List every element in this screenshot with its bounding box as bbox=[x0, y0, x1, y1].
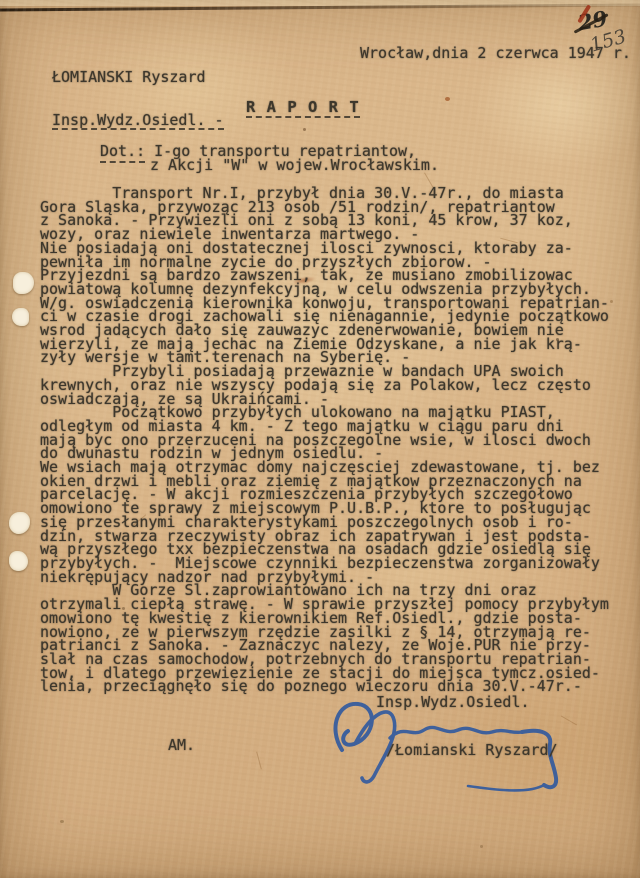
dateline: Wrocław,dnia 2 czerwca 1947 r. bbox=[360, 47, 631, 61]
punch-hole bbox=[13, 272, 34, 294]
punch-hole bbox=[9, 512, 30, 534]
signature-typed-name: /Łomianski Ryszard/ bbox=[386, 744, 558, 758]
signature-typed-title: Insp.Wydz.Osiedl. bbox=[376, 696, 530, 710]
punch-hole bbox=[9, 551, 28, 571]
paper-speck bbox=[480, 845, 483, 848]
paper-speck bbox=[303, 128, 306, 131]
paper-speck bbox=[60, 820, 64, 823]
paper-fiber bbox=[256, 752, 262, 770]
typist-initials: AM. bbox=[168, 739, 195, 753]
subject-label: Dot.: bbox=[100, 142, 145, 163]
punch-hole bbox=[12, 308, 29, 326]
paper-fiber bbox=[561, 716, 577, 726]
report-body-text: Transport Nr.I, przybył dnia 30.V.-47r.,… bbox=[40, 187, 609, 694]
paper-stain bbox=[445, 97, 450, 101]
subject-line-2: z Akcji "W" w wojew.Wrocławskim. bbox=[150, 159, 439, 173]
paper-speck bbox=[610, 300, 613, 303]
document-title: R A P O R T bbox=[246, 101, 360, 118]
sender-name: ŁOMIANSKI Ryszard bbox=[52, 71, 224, 85]
sender-title: Insp.Wydz.Osiedl. - bbox=[52, 114, 224, 131]
scanned-report-page: 29 153 ŁOMIANSKI Ryszard Insp.Wydz.Osied… bbox=[0, 0, 640, 878]
